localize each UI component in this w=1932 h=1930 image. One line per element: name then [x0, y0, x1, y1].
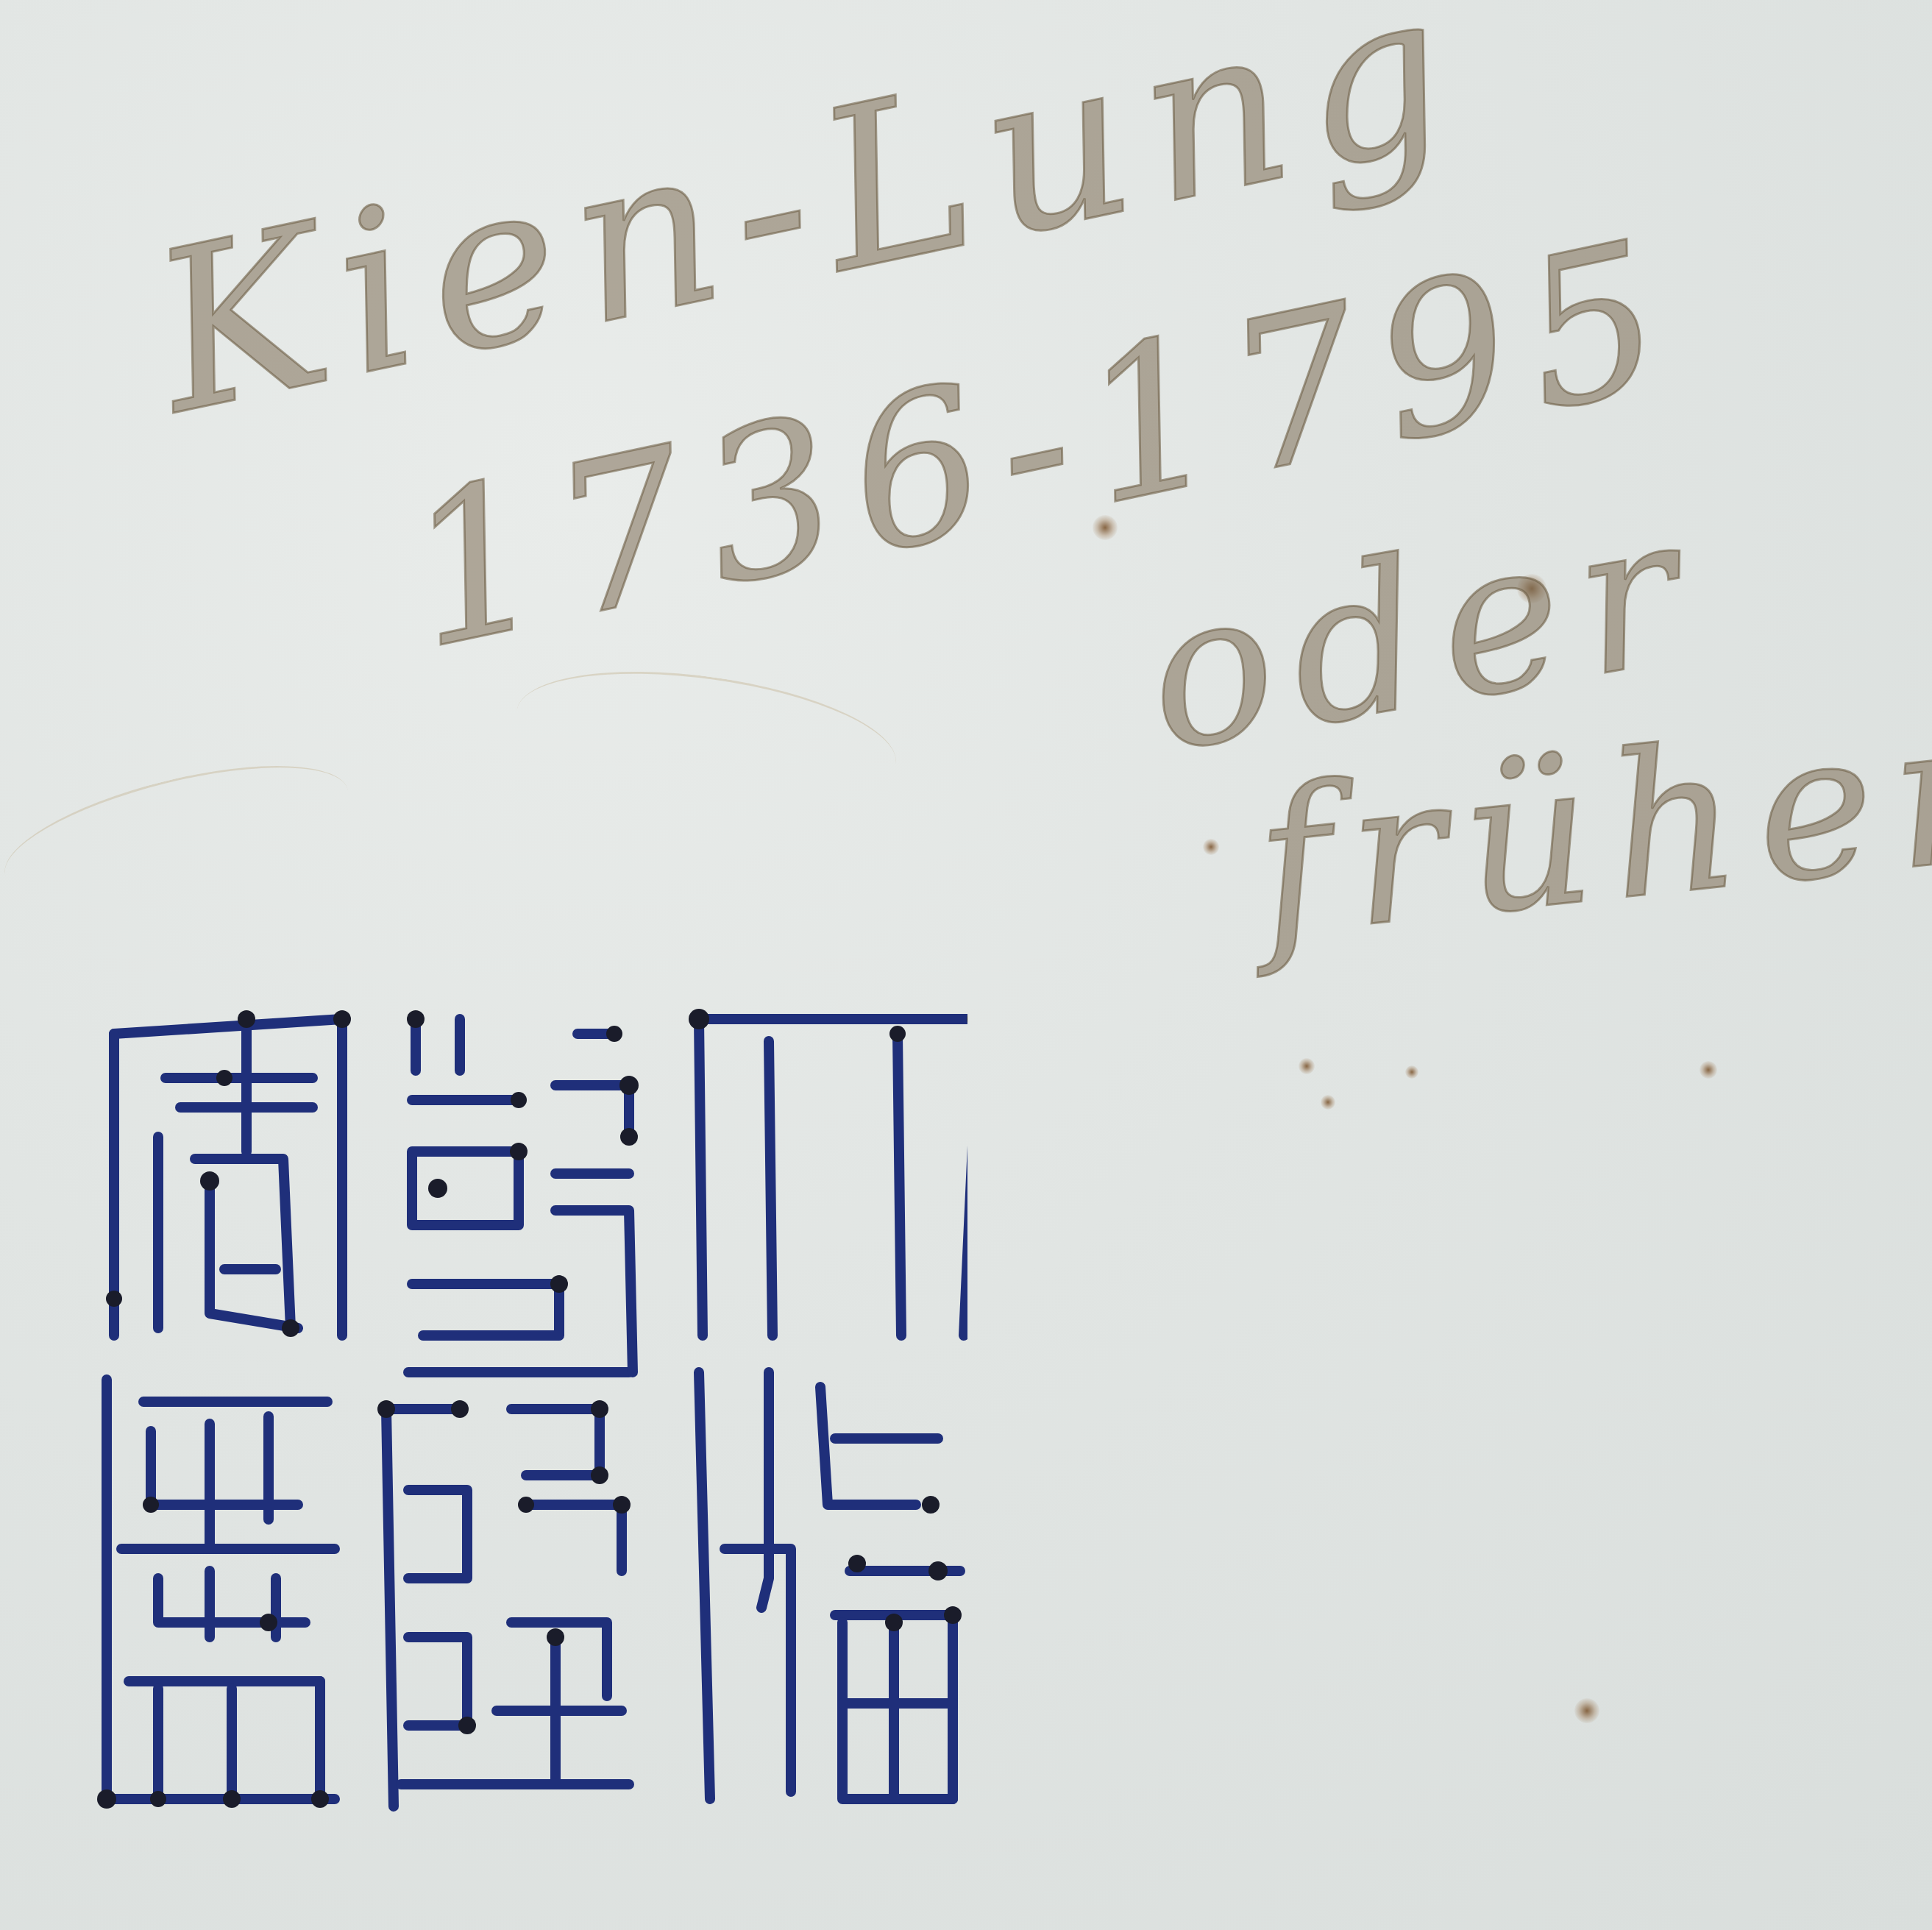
seal-character-long: [386, 1409, 629, 1806]
glaze-speck: [1299, 1058, 1315, 1074]
seal-character-da: [699, 1019, 967, 1335]
glaze-speck: [1321, 1095, 1335, 1110]
glaze-speck: [1405, 1065, 1418, 1079]
seal-character-nian: [114, 1019, 342, 1335]
seal-mark-glyphs: [85, 990, 967, 1825]
seal-mark: 大清乾隆年製: [85, 990, 967, 1825]
glaze-speck: [1574, 1698, 1599, 1723]
seal-character-qing: [699, 1372, 960, 1799]
glaze-speck: [1517, 574, 1546, 603]
seal-character-zhi: [107, 1380, 335, 1799]
glaze-speck: [1700, 1061, 1717, 1079]
glaze-speck: [1203, 839, 1219, 855]
glaze-speck: [1093, 515, 1118, 540]
